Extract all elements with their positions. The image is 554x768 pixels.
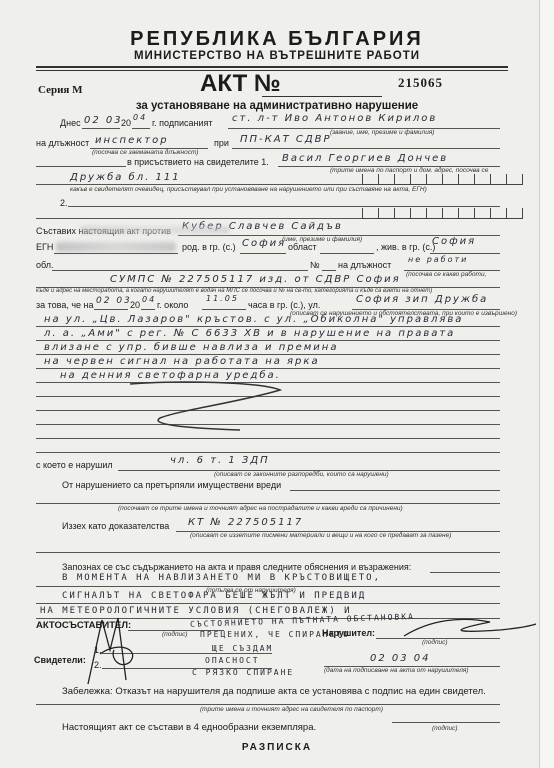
no-label: № xyxy=(310,260,320,270)
officer-caption: (звание, име, презиме и фамилия) xyxy=(330,129,434,136)
copies-text: Настоящият акт се състави в 4 еднообразн… xyxy=(62,722,316,733)
witness1-address[interactable]: Дружба бл. 111 xyxy=(70,172,181,183)
position-label: на длъжност xyxy=(36,138,89,148)
damages-label: От нарушението са претърпяли имуществени… xyxy=(62,480,281,490)
year-suffix[interactable]: 04 xyxy=(133,113,147,122)
objection-line-6[interactable]: ЩЕ СЪЗДАМ xyxy=(212,644,273,653)
page-edge xyxy=(539,0,554,768)
event-street[interactable]: София зип Дружба xyxy=(356,294,488,305)
act-subtitle: за установяване на административно наруш… xyxy=(0,100,554,112)
evidence-value[interactable]: КТ № 227505117 xyxy=(188,517,303,528)
lives-value[interactable]: София xyxy=(432,236,476,247)
objection-line-2[interactable]: СИГНАЛЪТ НА СВЕТОФАРА БЕШЕ ЖЪЛТ И ПРЕДВИ… xyxy=(62,591,366,601)
damages-caption: (посочват се трите имена и точният адрес… xyxy=(118,505,403,512)
job-value[interactable]: не работи xyxy=(408,255,468,264)
act-number-line xyxy=(262,96,382,97)
born-value[interactable]: София xyxy=(242,238,286,249)
license-text[interactable]: СУМПС № 227505117 изд. от СДВР София xyxy=(110,274,401,285)
today-label: Днес xyxy=(60,118,81,128)
violation-line-4[interactable]: на червен сигнал на работата на ярка xyxy=(44,356,320,367)
witness1-name[interactable]: Васил Георгиев Дончев xyxy=(282,153,448,164)
ministry-title: МИНИСТЕРСТВО НА ВЪТРЕШНИТЕ РАБОТИ xyxy=(0,50,554,62)
witness-full-caption: (трите имена и точният адрес на свидетел… xyxy=(200,706,383,713)
offender-signature-label: Нарушител: xyxy=(322,628,375,638)
violated-value[interactable]: чл. 6 т. 1 ЗДП xyxy=(170,455,270,466)
violation-line-3[interactable]: влизане с упр. бивше навлиза и премина xyxy=(44,342,338,353)
born-label: род. в гр. (с.) xyxy=(182,242,236,252)
witness-label: в присъствието на свидетелите 1. xyxy=(127,157,269,167)
position-value[interactable]: инспектор xyxy=(95,135,169,146)
region-label: област xyxy=(288,242,317,252)
event-year-prefix: 20 xyxy=(130,300,140,310)
receipt-title: РАЗПИСКА xyxy=(0,742,554,753)
violation-line-2[interactable]: л. а. „Ами" с рег. № С 6633 ХВ и в наруш… xyxy=(44,328,455,339)
signed-label: г. подписаният xyxy=(152,118,213,128)
hours-label: часа в гр. (с.), ул. xyxy=(248,300,320,310)
at-value[interactable]: ПП-КАТ СДВР xyxy=(240,134,332,145)
objection-line-7[interactable]: ОПАСНОСТ xyxy=(205,656,260,665)
witnesses-label: Свидетели: xyxy=(34,655,86,665)
violation-line-1[interactable]: на ул. „Цв. Лазаров" кръстов. с ул. „Оби… xyxy=(44,314,463,325)
witness2-egn-boxes[interactable] xyxy=(362,208,523,219)
year-prefix: 20 xyxy=(121,118,131,128)
egn-label: ЕГН xyxy=(36,242,53,252)
strikethrough-mark xyxy=(120,378,300,438)
position-caption: (посочва се заеманата длъжност) xyxy=(92,149,199,156)
event-date[interactable]: 02 03 xyxy=(96,296,132,306)
offender-sign-date-caption: (дата на подписване на акта от нарушител… xyxy=(324,667,469,674)
job-caption: (посочва се какво работи, xyxy=(406,271,486,278)
officer-name[interactable]: ст. л-т Иво Антонов Кирилов xyxy=(232,113,437,124)
witness1-egn-boxes[interactable] xyxy=(362,174,523,185)
witness-caption: (трите имена по паспорт и дом. адрес, по… xyxy=(330,167,488,174)
event-year-suffix[interactable]: 04 xyxy=(142,295,156,304)
copies-signature-caption: (подпис) xyxy=(432,725,458,732)
violated-label: с което е нарушил xyxy=(36,460,113,470)
objections-label: Запознах се със съдържанието на акта и п… xyxy=(62,562,411,572)
country-title: РЕПУБЛИКА БЪЛГАРИЯ xyxy=(0,28,554,51)
event-time[interactable]: 11.05 xyxy=(206,294,239,303)
act-number: 215065 xyxy=(398,75,443,91)
about-label: г. около xyxy=(157,300,188,310)
series-label: Серия М xyxy=(38,84,83,96)
egn-redacted xyxy=(56,242,176,252)
offender-sign-date[interactable]: 02 03 04 xyxy=(370,653,431,664)
author-signature xyxy=(80,610,150,690)
at-label: при xyxy=(214,138,229,148)
act-title: АКТ № xyxy=(200,70,281,98)
witness-type-caption: какъв е свидетелят очевидец, присъствува… xyxy=(70,186,427,193)
refusal-note: Забележка: Отказът на нарушителя да подп… xyxy=(62,686,486,697)
obl-label: обл. xyxy=(36,260,54,270)
author-signature-caption: (подпис) xyxy=(162,631,188,638)
evidence-label: Иззех като доказателства xyxy=(62,521,169,531)
for-label: за това, че на xyxy=(36,300,94,310)
violated-caption: (описват се законните разпоредби, които … xyxy=(214,471,389,478)
job-label: на длъжност xyxy=(338,260,391,270)
evidence-caption: (описват се иззетите писмени материали и… xyxy=(190,532,451,539)
lives-label: , жив. в гр. (с.) xyxy=(376,242,435,252)
header-rule-top xyxy=(36,66,508,68)
address-redacted xyxy=(80,226,230,234)
objection-line-1[interactable]: В МОМЕНТА НА НАВЛИЗАНЕТО МИ В КРЪСТОВИЩЕ… xyxy=(62,573,381,583)
today-date[interactable]: 02 03 xyxy=(84,115,123,126)
witness2-label: 2. xyxy=(60,198,68,208)
offender-signature xyxy=(400,612,540,642)
objection-line-8[interactable]: С РЯЗКО СПИРАНЕ xyxy=(192,668,294,677)
